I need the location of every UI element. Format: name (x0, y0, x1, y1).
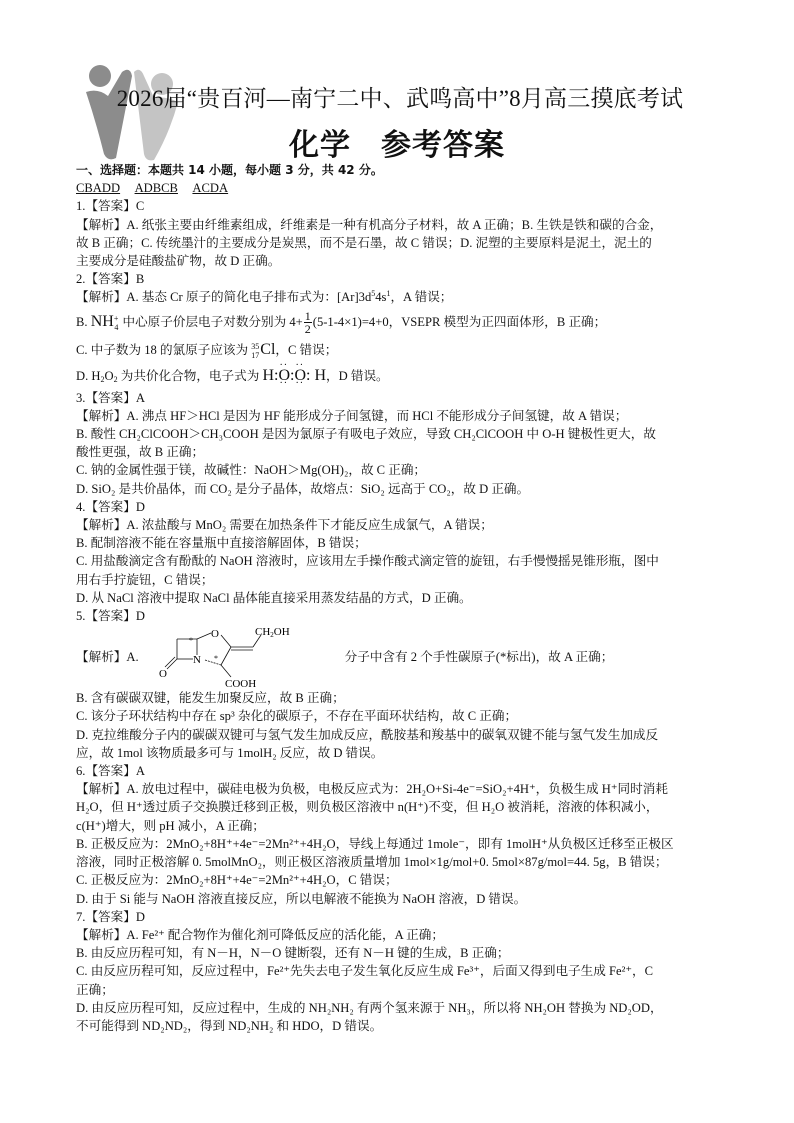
clavulanic-acid-structure-icon: O N O CH2OH COOH * * (147, 627, 297, 687)
element-symbol: Cl (260, 341, 275, 358)
nuclide-numbers: 3517 (251, 342, 259, 360)
question-4-analysis-line: C. 用盐酸滴定含有酚酞的 NaOH 溶液时，应该用左手操作酸式滴定管的旋钮，右… (76, 552, 726, 570)
answer-content: 一、选择题：本题共 14 小题，每小题 3 分，共 42 分。 CBADD AD… (76, 161, 726, 1035)
text: 为共价化合物，电子式为 (118, 369, 263, 383)
question-6-analysis-line: 溶液，同时正极溶解 0. 5molMnO₂，则正极区溶液质量增加 1mol×1g… (76, 853, 726, 871)
question-6-analysis-line: 【解析】A. 放电过程中，碳硅电极为负极，电极反应式为：2H₂O+Si-4e⁻=… (76, 780, 726, 798)
atomic-number: 17 (251, 351, 259, 360)
question-3-analysis-line: B. 酸性 CH₂ClCOOH＞CH₃COOH 是因为氯原子有吸电子效应，导致 … (76, 425, 726, 443)
denominator: 2 (304, 323, 312, 335)
question-1-analysis-line: 故 B 正确；C. 传统墨汁的主要成分是炭黑，而不是石墨，故 C 错误；D. 泥… (76, 234, 726, 252)
question-3-analysis-line: D. SiO₂ 是共价晶体，而 CO₂ 是分子晶体，故熔点：SiO₂ 远高于 C… (76, 480, 726, 498)
question-5-analysis-line: B. 含有碳碳双键，能发生加聚反应，故 B 正确； (76, 689, 726, 707)
question-7-analysis-line: 正确； (76, 981, 726, 999)
text: ，D 错误。 (326, 369, 389, 383)
text: C. 中子数为 18 的氯原子应该为 (76, 343, 251, 357)
subject-label: 化学 (289, 128, 351, 163)
keto-oxygen-label: O (159, 668, 167, 680)
text: ，A 错误； (390, 290, 452, 304)
question-7-analysis-line: B. 由反应历程可知，有 N－H，N－O 键断裂，还有 N－H 键的生成，B 正… (76, 944, 726, 962)
text: (5-1-4×1)=4+0，VSEPR 模型为正四面体形，B 正确； (313, 315, 606, 329)
question-3-analysis-line: C. 钠的金属性强于镁，故碱性：NaOH＞Mg(OH)₂，故 C 正确； (76, 461, 726, 479)
answer-key: CBADD ADBCB ACDA (76, 179, 726, 197)
text: 【解析】A. 基态 Cr 原子的简化电子排布式为：[Ar]3d (76, 290, 371, 304)
question-2-option-a: 【解析】A. 基态 Cr 原子的简化电子排布式为：[Ar]3d54s1，A 错误… (76, 288, 726, 306)
formula-part: O (294, 363, 306, 389)
question-2-option-b: B. NH+4 中心原子价层电子对数分别为 4+12(5-1-4×1)=4+0，… (76, 307, 726, 337)
fraction: 12 (304, 310, 312, 335)
question-3-analysis-line: 【解析】A. 沸点 HF＞HCl 是因为 HF 能形成分子间氢键，而 HCl 不… (76, 407, 726, 425)
question-5-answer: 5.【答案】D (76, 607, 726, 625)
question-3-analysis-line: 酸性更强，故 B 正确； (76, 443, 726, 461)
question-6-analysis-line: H₂O，但 H⁺透过质子交换膜迁移到正极，则负极区溶液中 n(H⁺)不变，但 H… (76, 798, 726, 816)
electron-formula: H:O:O: H (262, 367, 326, 384)
question-1-answer: 1.【答案】C (76, 197, 726, 215)
text: 4s (375, 290, 386, 304)
question-4-analysis-line: B. 配制溶液不能在容量瓶中直接溶解固体，B 错误； (76, 534, 726, 552)
answer-group-3: ACDA (192, 181, 228, 195)
question-2-option-c: C. 中子数为 18 的氯原子应该为 3517Cl，C 错误； (76, 337, 726, 363)
question-6-analysis-line: C. 正极反应为：2MnO₂+8H⁺+4e⁻=2Mn²⁺+4H₂O，C 错误； (76, 871, 726, 889)
question-2-answer: 2.【答案】B (76, 270, 726, 288)
ion-formula: NH (91, 313, 114, 330)
answer-group-2: ADBCB (135, 181, 178, 195)
ion-charge: +4 (114, 314, 119, 332)
formula-part: O (278, 363, 290, 389)
subscript: 4 (114, 323, 119, 332)
text: O (105, 369, 114, 383)
question-2-option-d: D. H2O2 为共价化合物，电子式为 H:O:O: H，D 错误。 (76, 363, 726, 389)
question-7-analysis-line: 【解析】A. Fe²⁺ 配合物作为催化剂可降低反应的活化能，A 正确； (76, 926, 726, 944)
question-7-analysis-line: D. 由反应历程可知，反应过程中，生成的 NH₂NH₂ 有两个氢来源于 NH₃，… (76, 999, 726, 1017)
question-1-analysis-line: 【解析】A. 纸张主要由纤维素组成，纤维素是一种有机高分子材料，故 A 正确；B… (76, 216, 726, 234)
svg-text:N: N (193, 654, 201, 666)
text: D. H (76, 369, 101, 383)
question-6-answer: 6.【答案】A (76, 762, 726, 780)
question-5-analysis-line: 应，故 1mol 该物质最多可与 1molH₂ 反应，故 D 错误。 (76, 744, 726, 762)
charge: + (114, 314, 119, 323)
document-title: 2026届“贵百河—南宁二中、武鸣高中”8月高三摸底考试 (80, 80, 720, 113)
question-4-analysis-line: 【解析】A. 浓盐酸与 MnO₂ 需要在加热条件下才能反应生成氯气，A 错误； (76, 516, 726, 534)
question-7-answer: 7.【答案】D (76, 908, 726, 926)
question-4-answer: 4.【答案】D (76, 498, 726, 516)
text: B. (76, 315, 91, 329)
question-7-analysis-line: C. 由反应历程可知，反应过程中，Fe²⁺先失去电子发生氧化反应生成 Fe³⁺，… (76, 962, 726, 980)
question-1-analysis-line: 主要成分是硅酸盐矿物，故 D 正确。 (76, 252, 726, 270)
question-7-analysis-line: 不可能得到 ND₂ND₂，得到 ND₂NH₂ 和 HDO，D 错误。 (76, 1017, 726, 1035)
text: 【解析】A. (76, 648, 139, 666)
svg-text:COOH: COOH (225, 678, 256, 687)
text: 中心原子价层电子对数分别为 4+ (119, 315, 302, 329)
question-6-analysis-line: D. 由于 Si 能与 NaOH 溶液直接反应，所以电解液不能换为 NaOH 溶… (76, 890, 726, 908)
doc-type-label: 参考答案 (381, 128, 505, 163)
svg-text:*: * (214, 654, 218, 663)
answer-group-1: CBADD (76, 181, 120, 195)
formula-part: H: (262, 367, 278, 384)
question-4-analysis-line: 用右手拧旋钮，C 错误； (76, 571, 726, 589)
document-subtitle: 化学参考答案 (0, 120, 794, 164)
svg-text:O: O (211, 628, 219, 640)
mass-number: 35 (251, 342, 259, 351)
question-5-option-a: 【解析】A. O N O CH2OH COOH (76, 627, 726, 687)
question-6-analysis-line: B. 正极反应为：2MnO₂+8H⁺+4e⁻=2Mn²⁺+4H₂O，导线上每通过… (76, 835, 726, 853)
text: 分子中含有 2 个手性碳原子(*标出)，故 A 正确； (345, 648, 614, 666)
question-6-analysis-line: c(H⁺)增大，则 pH 减小，A 正确； (76, 817, 726, 835)
svg-text:*: * (189, 636, 193, 645)
question-3-answer: 3.【答案】A (76, 389, 726, 407)
question-4-analysis-line: D. 从 NaCl 溶液中提取 NaCl 晶体能直接采用蒸发结晶的方式，D 正确… (76, 589, 726, 607)
question-5-analysis-line: C. 该分子环状结构中存在 sp³ 杂化的碳原子，不存在平面环状结构，故 C 正… (76, 707, 726, 725)
svg-text:CH2OH: CH2OH (255, 627, 290, 639)
question-5-analysis-line: D. 克拉维酸分子内的碳碳双键可与氢气发生加成反应，酰胺基和羧基中的碳氧双键不能… (76, 726, 726, 744)
formula-part: : H (306, 367, 326, 384)
